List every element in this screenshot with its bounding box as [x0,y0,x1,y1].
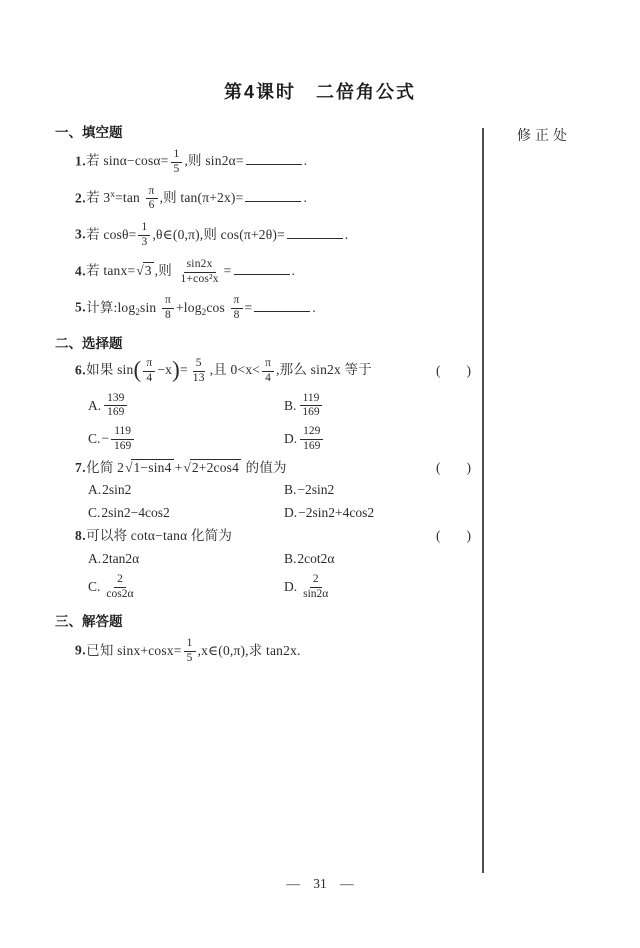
math-text: =tan [115,190,143,205]
fraction-denominator: 169 [299,406,322,420]
option: D.2sin2α [284,572,477,603]
math-text: 若 3 [86,190,110,205]
option-label: B. [284,398,296,414]
fraction: 13 [138,221,150,250]
options-grid: A.2tan2αB.2cot2αC.2cos2αD.2sin2α [88,549,477,603]
bracket-close: ) [467,459,472,477]
page-title: 第4课时 二倍角公式 [0,78,640,104]
fraction-numerator: 139 [104,392,127,407]
fraction: 119169 [299,392,322,421]
fraction-numerator: 119 [300,392,323,407]
math-text: 若 sinα−cosα= [86,153,168,168]
math-text: . [303,190,307,205]
option-label: A. [88,551,101,567]
fraction-numerator: 1 [138,221,150,236]
fraction-numerator: π [162,294,174,309]
fraction-denominator: 3 [138,236,150,250]
question-line: 若 sinα−cosα=15,则 sin2α=. [86,153,307,168]
worksheet-page: 第4课时 二倍角公式 修正处 一、填空题1.若 sinα−cosα=15,则 s… [0,0,640,948]
answer-brackets: () [436,527,471,545]
option-value: 129169 [298,424,325,455]
fraction-denominator: 6 [146,199,158,213]
radical-sign: √ [136,263,142,278]
fraction-numerator: sin2x [184,258,216,273]
fraction-numerator: 119 [111,425,134,440]
fraction: 15 [171,148,183,177]
radicand: 1−sin4 [131,459,173,475]
fraction-denominator: 5 [184,652,196,666]
question-line: 若 tanx=√3,则 sin2x1+cos²x=. [86,263,295,278]
radical: √3 [136,263,153,278]
math-text: ,x∈(0,π),求 tan2x. [198,643,301,658]
fraction-denominator: 4 [143,372,155,386]
math-text: = [180,362,188,377]
correction-label: 修正处 [517,125,571,145]
question-line: 如果 sin(π4−x)=513,且 0<x<π4,那么 sin2x 等于 [86,362,372,377]
fraction-denominator: 8 [162,309,174,323]
question-line: 可以将 cotα−tanα 化简为 [86,528,232,543]
fraction: π8 [162,294,174,323]
option-label: C. [88,505,100,521]
math-text: −2sin2+4cos2 [298,505,374,520]
fraction-numerator: π [231,294,243,309]
fraction: π4 [262,357,274,386]
radical-sign: √ [183,460,189,475]
fraction-denominator: 169 [104,406,127,420]
question-number: 8. [75,528,86,543]
math-text: 2sin2−4cos2 [101,505,169,520]
fraction-numerator: 2 [310,573,322,588]
fraction-numerator: π [146,185,158,200]
option-label: B. [284,482,296,498]
fraction-numerator: π [143,357,155,372]
bracket-close: ) [467,362,472,380]
option-value: 139169 [102,391,129,422]
question: 8.可以将 cotα−tanα 化简为() [55,527,477,545]
option: A.2sin2 [88,480,284,500]
question: 1.若 sinα−cosα=15,则 sin2α=. [55,147,477,178]
fraction: π6 [146,185,158,214]
question-line: 化简 2√1−sin4+√2+2cos4 的值为 [86,460,287,475]
math-text: 的值为 [242,460,287,475]
math-text: cos [206,300,228,315]
fraction-denominator: cos2α [103,588,136,602]
questions-area: 一、填空题1.若 sinα−cosα=15,则 sin2α=.2.若 3x=ta… [55,121,477,673]
math-text: −2sin2 [297,482,334,497]
answer-blank [246,152,302,166]
question: 2.若 3x=tan π6,则 tan(π+2x)=. [55,184,477,215]
fraction-numerator: 1 [184,637,196,652]
options-grid: A.139169B.119169C.−119169D.129169 [88,391,477,455]
math-text: +log [176,300,202,315]
option: D.−2sin2+4cos2 [284,503,477,523]
question-number: 1. [75,153,86,168]
option: A.139169 [88,391,284,422]
section-heading: 二、选择题 [55,332,477,352]
question-line: 计算:log2sin π8+log2cos π8=. [86,300,316,315]
question: 5.计算:log2sin π8+log2cos π8=. [55,293,477,324]
math-text: 若 cosθ= [86,227,136,242]
bracket-close: ) [467,527,472,545]
math-text: ,则 tan(π+2x)= [160,190,244,205]
math-text: 可以将 cotα−tanα 化简为 [86,528,232,543]
option: D.129169 [284,424,477,455]
question-number: 9. [75,643,86,658]
fraction-denominator: 4 [262,372,274,386]
fraction-denominator: 169 [111,440,134,454]
math-text: ,则 sin2α= [184,153,243,168]
fraction: 513 [190,357,208,386]
option: C.2cos2α [88,572,284,603]
option-value: 2tan2α [102,551,139,567]
math-text: −x [157,362,172,377]
math-text: 已知 sinx+cosx= [86,643,181,658]
fraction-denominator: 8 [231,309,243,323]
option-label: A. [88,482,101,498]
math-text: ,则 [155,263,176,278]
question-number: 2. [75,190,86,205]
fraction-numerator: 2 [114,573,126,588]
math-text: 化简 2 [86,460,124,475]
fraction: 129169 [300,425,323,454]
fraction: π4 [143,357,155,386]
option-value: 2cos2α [101,572,138,603]
answer-brackets: () [436,362,471,380]
answer-brackets: () [436,459,471,477]
answer-blank [234,261,290,275]
page-number: — 31 — [0,876,640,892]
option-value: 2sin2−4cos2 [101,505,169,521]
option-value: 119169 [297,391,324,422]
fraction: sin2x1+cos²x [178,258,222,287]
fraction-denominator: 1+cos²x [178,273,222,287]
question-number: 3. [75,227,86,242]
option: A.2tan2α [88,549,284,569]
answer-blank [287,225,343,239]
section-heading: 三、解答题 [55,610,477,630]
question: 7.化简 2√1−sin4+√2+2cos4 的值为() [55,459,477,477]
big-paren: ) [172,357,180,382]
fraction-numerator: 1 [171,148,183,163]
option-value: 2sin2 [102,482,131,498]
question: 9.已知 sinx+cosx=15,x∈(0,π),求 tan2x. [55,636,477,667]
radical: √1−sin4 [125,460,174,475]
question-line: 若 3x=tan π6,则 tan(π+2x)=. [86,190,307,205]
bracket-open: ( [436,527,441,545]
math-text: 若 tanx= [86,263,135,278]
option-label: C. [88,579,100,595]
math-text: 2sin2 [102,482,131,497]
fraction: 2sin2α [300,573,331,602]
math-text: + [175,460,183,475]
options-grid: A.2sin2B.−2sin2C.2sin2−4cos2D.−2sin2+4co… [88,480,477,523]
math-text: = [245,300,253,315]
option: C.2sin2−4cos2 [88,503,284,523]
option: C.−119169 [88,424,284,455]
math-text: . [345,227,349,242]
question-number: 6. [75,362,86,377]
option-label: D. [284,505,297,521]
fraction: π8 [231,294,243,323]
bracket-open: ( [436,459,441,477]
question-number: 4. [75,263,86,278]
radical: √2+2cos4 [183,460,241,475]
option-label: C. [88,431,100,447]
margin-divider-line [482,128,484,873]
math-text: 2tan2α [102,551,139,566]
math-text: . [312,300,316,315]
option-value: 2sin2α [298,572,333,603]
option-value: 2cot2α [297,551,334,567]
bracket-open: ( [436,362,441,380]
option-label: B. [284,551,296,567]
question-number: 5. [75,300,86,315]
math-text: . [304,153,308,168]
math-text: . [292,263,296,278]
fraction-denominator: sin2α [300,588,331,602]
fraction: 2cos2α [103,573,136,602]
math-text: = [224,263,232,278]
radicand: 2+2cos4 [190,459,241,475]
fraction-denominator: 13 [190,372,208,386]
question-line: 已知 sinx+cosx=15,x∈(0,π),求 tan2x. [86,643,300,658]
fraction-numerator: π [262,357,274,372]
fraction-denominator: 5 [171,163,183,177]
option-value: −2sin2 [297,482,334,498]
section-heading: 一、填空题 [55,121,477,141]
fraction: 15 [184,637,196,666]
option-value: −2sin2+4cos2 [298,505,374,521]
radicand: 3 [143,262,154,278]
answer-blank [245,188,301,202]
math-text: ,且 0<x< [210,362,260,377]
answer-blank [254,298,310,312]
fraction: 139169 [104,392,127,421]
math-text: 计算:log [86,300,135,315]
math-text: 如果 sin [86,362,133,377]
option-label: D. [284,431,297,447]
big-paren: ( [133,357,141,382]
fraction-numerator: 129 [300,425,323,440]
math-text: ,θ∈(0,π),则 cos(π+2θ)= [152,227,284,242]
math-text: − [101,431,109,446]
math-text: 2cot2α [297,551,334,566]
question-line: 若 cosθ=13,θ∈(0,π),则 cos(π+2θ)=. [86,227,348,242]
math-text: ,那么 sin2x 等于 [276,362,372,377]
option: B.−2sin2 [284,480,477,500]
option-label: A. [88,398,101,414]
question-number: 7. [75,460,86,475]
option-value: −119169 [101,424,136,455]
question: 3.若 cosθ=13,θ∈(0,π),则 cos(π+2θ)=. [55,220,477,251]
fraction-denominator: 169 [300,440,323,454]
math-text: sin [140,300,160,315]
option: B.119169 [284,391,477,422]
question: 6.如果 sin(π4−x)=513,且 0<x<π4,那么 sin2x 等于(… [55,356,477,387]
option-label: D. [284,579,297,595]
fraction: 119169 [111,425,134,454]
fraction-numerator: 5 [193,357,205,372]
question: 4.若 tanx=√3,则 sin2x1+cos²x=. [55,257,477,288]
option: B.2cot2α [284,549,477,569]
